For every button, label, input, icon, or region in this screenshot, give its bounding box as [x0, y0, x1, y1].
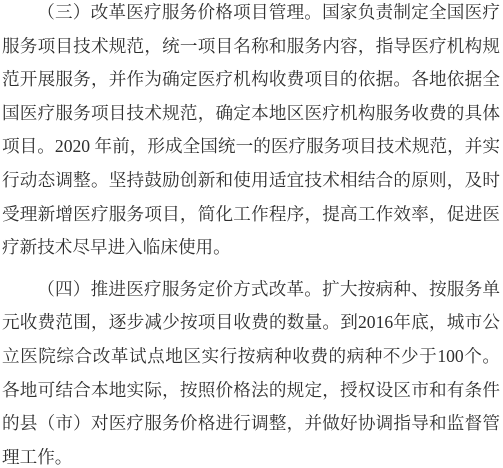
paragraph-item-3: （三）改革医疗服务价格项目管理。国家负责制定全国医疗服务项目技术规范，统一项目名… — [2, 0, 500, 265]
paragraph-item-4: （四）推进医疗服务定价方式改革。扩大按病种、按服务单元收费范围，逐步减少按项目收… — [2, 273, 500, 468]
document-page: （三）改革医疗服务价格项目管理。国家负责制定全国医疗服务项目技术规范，统一项目名… — [0, 0, 503, 468]
